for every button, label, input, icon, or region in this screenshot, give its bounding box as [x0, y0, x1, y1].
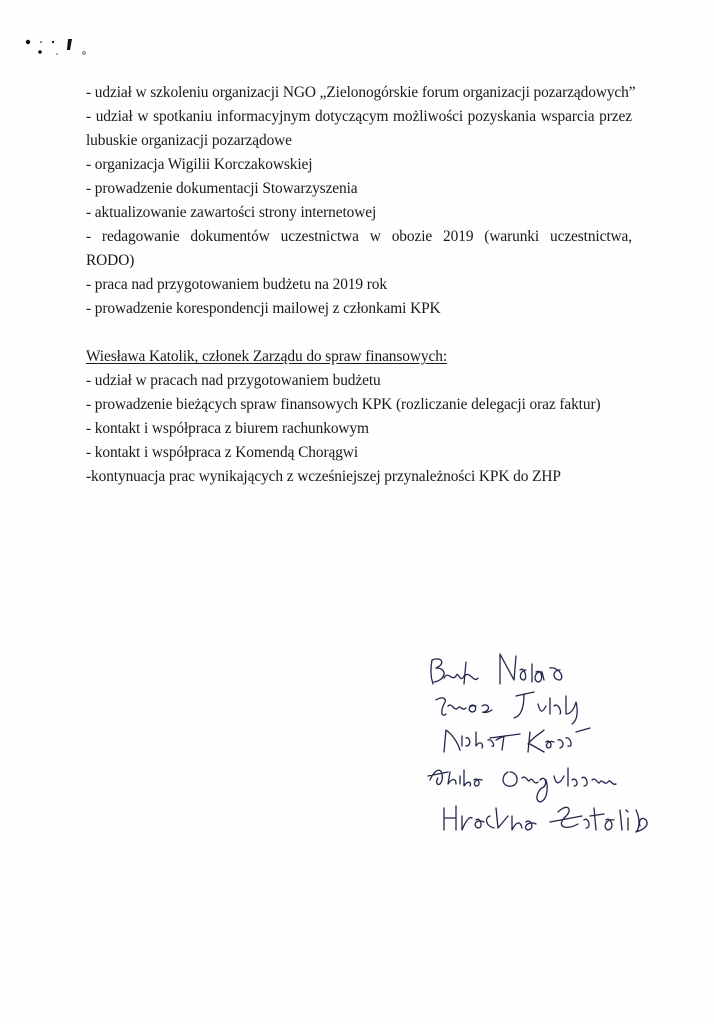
list-item: - organizacja Wigilii Korczakowskiej: [86, 155, 632, 175]
list-item: - prowadzenie dokumentacji Stowarzyszeni…: [86, 179, 632, 199]
list-item: - kontakt i współpraca z biurem rachunko…: [86, 419, 632, 439]
scan-specks: [22, 32, 92, 62]
document-page: - udział w szkoleniu organizacji NGO „Zi…: [0, 0, 714, 1024]
list-item: - redagowanie dokumentów uczestnictwa w …: [86, 227, 632, 247]
list-item: -kontynuacja prac wynikających z wcześni…: [86, 467, 632, 487]
list-item: - udział w spotkaniu informacyjnym dotyc…: [86, 107, 632, 127]
list-item: - udział w szkoleniu organizacji NGO „Zi…: [86, 83, 632, 103]
list-item: - prowadzenie korespondencji mailowej z …: [86, 299, 632, 319]
handwritten-signatures: [400, 640, 680, 850]
list-item: - udział w pracach nad przygotowaniem bu…: [86, 371, 632, 391]
section-heading: Wiesława Katolik, członek Zarządu do spr…: [86, 347, 632, 367]
list-item-continuation: lubuskie organizacji pozarządowe: [86, 131, 632, 151]
list-item-continuation: RODO): [86, 251, 632, 271]
list-item: - praca nad przygotowaniem budżetu na 20…: [86, 275, 632, 295]
list-item: - prowadzenie bieżących spraw finansowyc…: [86, 395, 632, 415]
list-item: - kontakt i współpraca z Komendą Chorągw…: [86, 443, 632, 463]
list-item: - aktualizowanie zawartości strony inter…: [86, 203, 632, 223]
